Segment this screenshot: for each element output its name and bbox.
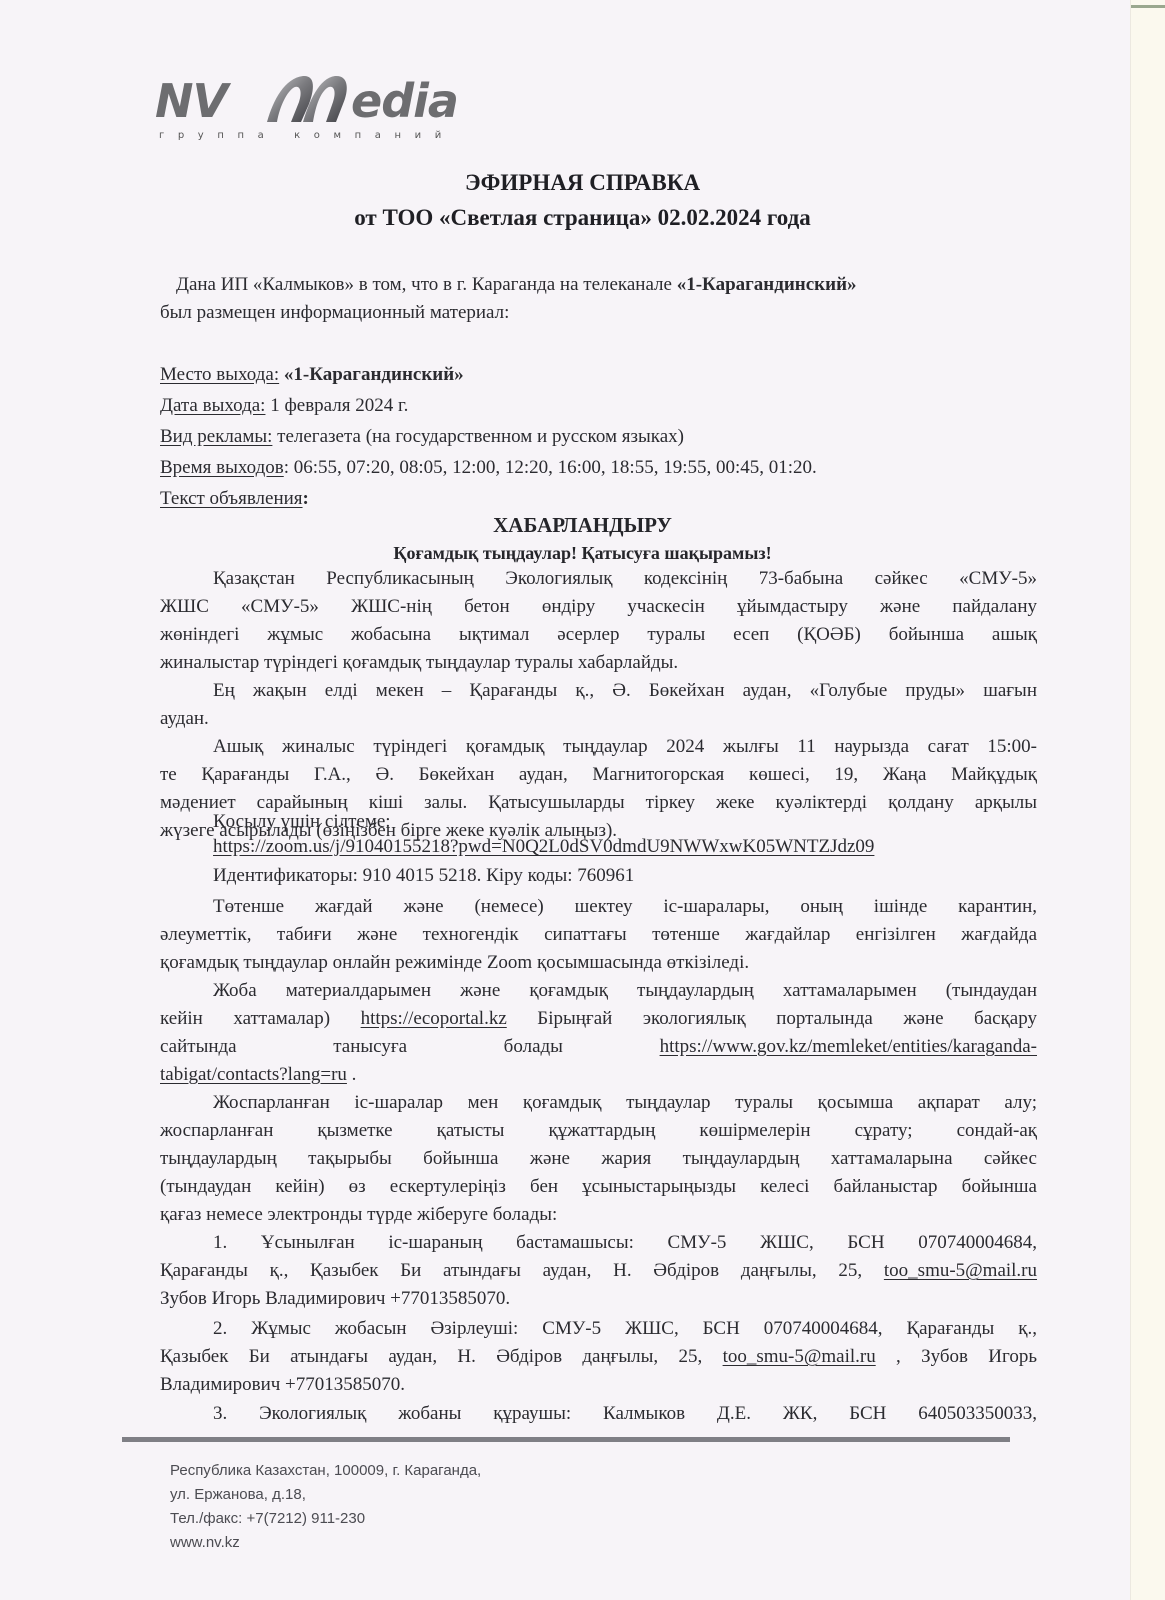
place-label: Место выхода: [160, 364, 279, 385]
times-value: : 06:55, 07:20, 08:05, 12:00, 12:20, 16:… [284, 457, 817, 478]
p6-line-3: тыңдаулардың тақырыбы бойынша және жария… [160, 1148, 1037, 1170]
item2-line-2: Қазыбек Би атындағы аудан, Н. Әбдіров да… [160, 1346, 1037, 1368]
document-subtitle: от ТОО «Светлая страница» 02.02.2024 год… [0, 205, 1165, 231]
logo-m-swoosh-icon [263, 70, 353, 126]
announcement-subheading: Қоғамдық тыңдаулар! Қатысуға шақырамыз! [0, 543, 1165, 564]
p5-line-4: tabigat/contacts?lang=ru . [160, 1064, 356, 1086]
type-label: Вид рекламы: [160, 426, 272, 447]
detail-date: Дата выхода: 1 февраля 2024 г. [160, 395, 408, 417]
times-label: Время выходов [160, 457, 284, 478]
zoom-ids: Идентификаторы: 910 4015 5218. Кіру коды… [213, 865, 634, 887]
gov-link[interactable]: https://www.gov.kz/memleket/entities/kar… [660, 1036, 1037, 1057]
p4-line-1: Төтенше жағдай және (немесе) шектеу іс-ш… [213, 896, 1037, 918]
zoom-link-row: https://zoom.us/j/91040155218?pwd=N0Q2L0… [213, 836, 874, 858]
footer-address-2: ул. Ержанова, д.18, [170, 1486, 306, 1503]
detail-text-label: Текст объявления: [160, 488, 309, 510]
item1-email-link[interactable]: too_smu-5@mail.ru [884, 1260, 1037, 1281]
logo-text-edia: edia [351, 74, 458, 128]
p5-line-3: сайтында танысуға болады https://www.gov… [160, 1036, 1037, 1058]
gov-link-continued[interactable]: tabigat/contacts?lang=ru [160, 1064, 347, 1085]
p5-line-1: Жоба материалдарымен және қоғамдық тыңда… [213, 980, 1037, 1002]
item3-line-1: 3. Экологиялық жобаны құраушы: Калмыков … [213, 1403, 1037, 1425]
footer-divider [122, 1437, 1010, 1442]
p6-line-5: қағаз немесе электронды түрде жіберуге б… [160, 1204, 557, 1226]
date-value: 1 февраля 2024 г. [270, 395, 408, 416]
detail-times: Время выходов: 06:55, 07:20, 08:05, 12:0… [160, 457, 817, 479]
logo-tagline: группа компаний [159, 130, 455, 141]
item2-email-link[interactable]: too_smu-5@mail.ru [723, 1346, 876, 1367]
page-edge [1130, 0, 1165, 1600]
p4-line-3: қоғамдық тыңдаулар онлайн режимінде Zoom… [160, 952, 749, 974]
p1-line-3: жөніндегі жұмыс жобасына ықтимал әсерлер… [160, 624, 1037, 646]
announcement-heading: ХАБАРЛАНДЫРУ [0, 513, 1165, 538]
document-title: ЭФИРНАЯ СПРАВКА [0, 170, 1165, 196]
p4-line-2: әлеуметтік, табиғи және техногендік сипа… [160, 924, 1037, 946]
item1-line-2: Қарағанды қ., Қазыбек Би атындағы аудан,… [160, 1260, 1037, 1282]
p1-line-1: Қазақстан Республикасының Экологиялық ко… [213, 568, 1037, 590]
p3-line-2: те Қарағанды Г.А., Ә. Бөкейхан аудан, Ма… [160, 764, 1037, 786]
p2-line-2: аудан. [160, 708, 209, 730]
footer-website: www.nv.kz [170, 1534, 240, 1551]
page-edge-mark [1131, 5, 1165, 8]
date-label: Дата выхода: [160, 395, 265, 416]
p5-line-2: кейін хаттамалар) https://ecoportal.kz Б… [160, 1008, 1037, 1030]
intro-line-2: был размещен информационный материал: [160, 302, 509, 324]
type-value: телегазета (на государственном и русском… [277, 426, 684, 447]
item2-line-3: Владимирович +77013585070. [160, 1374, 405, 1396]
place-value: «1-Карагандинский» [284, 364, 464, 385]
zoom-link[interactable]: https://zoom.us/j/91040155218?pwd=N0Q2L0… [213, 836, 874, 857]
item2-line-1: 2. Жұмыс жобасын Әзірлеуші: СМУ-5 ЖШС, Б… [213, 1318, 1037, 1340]
p6-line-1: Жоспарланған іс-шаралар мен қоғамдық тың… [213, 1092, 1037, 1114]
p1-line-4: жиналыстар түріндегі қоғамдық тыңдаулар … [160, 652, 678, 674]
p2-line-1: Ең жақын елді мекен – Қарағанды қ., Ә. Б… [213, 680, 1037, 702]
p6-line-4: (тындаудан кейін) өз ескертулеріңіз бен … [160, 1176, 1037, 1198]
item1-line-1: 1. Ұсынылған іс-шараның бастамашысы: СМУ… [213, 1232, 1037, 1254]
footer-address-1: Республика Казахстан, 100009, г. Караган… [170, 1462, 481, 1479]
p6-line-2: жоспарланған қызметке қатысты құжаттарды… [160, 1120, 1037, 1142]
p1-line-2: ЖШС «СМУ-5» ЖШС-нің бетон өндіру учаскес… [160, 596, 1037, 618]
intro-line-1: Дана ИП «Калмыков» в том, что в г. Караг… [176, 274, 857, 296]
nvmedia-logo: NV edia группа компаний [155, 70, 465, 150]
zoom-link-label: Қосылу үшін сілтеме: [213, 811, 391, 833]
item1-line-3: Зубов Игорь Владимирович +77013585070. [160, 1288, 510, 1310]
p3-line-1: Ашық жиналыс түріндегі қоғамдық тыңдаула… [213, 736, 1037, 758]
ecoportal-link[interactable]: https://ecoportal.kz [361, 1008, 507, 1029]
detail-place: Место выхода: «1-Карагандинский» [160, 364, 464, 386]
detail-type: Вид рекламы: телегазета (на государствен… [160, 426, 684, 448]
footer-phone: Тел./факс: +7(7212) 911-230 [170, 1510, 365, 1527]
logo-text-nv: NV [155, 74, 227, 128]
